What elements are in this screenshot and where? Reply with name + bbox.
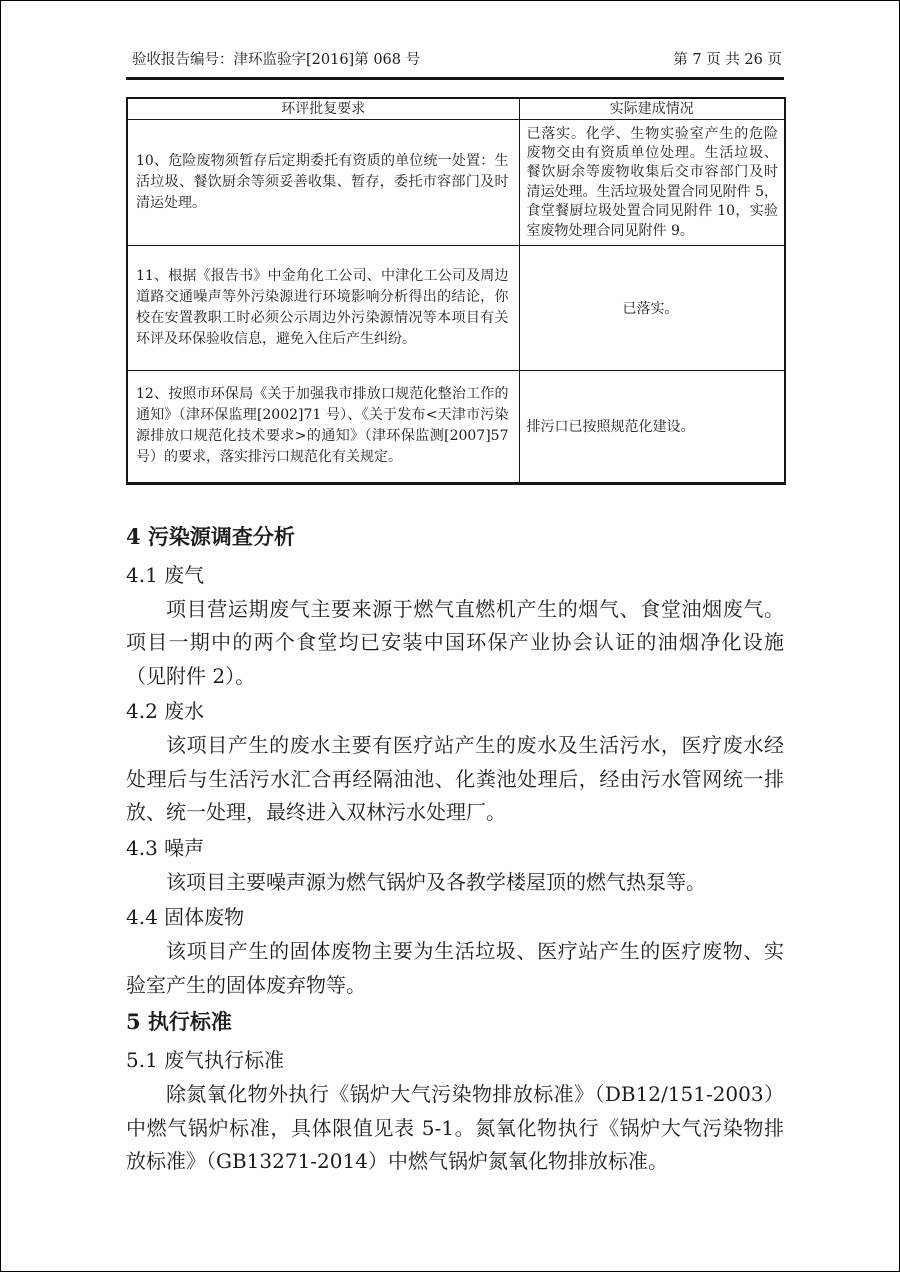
document-body: 4 污染源调查分析 4.1 废气 项目营运期废气主要来源于燃气直燃机产生的烟气、… — [126, 517, 784, 1179]
page-body: 验收报告编号：津环监验字[2016]第 068 号 第 7 页 共 26 页 环… — [126, 51, 784, 1179]
column-header-status: 实际建成情况 — [519, 98, 785, 119]
table-row: 10、危险废物须暂存后定期委托有资质的单位统一处置：生活垃圾、餐饮厨余等须妥善收… — [127, 119, 785, 245]
subsection-heading-4-1: 4.1 废气 — [126, 557, 784, 593]
approval-requirements-table: 环评批复要求 实际建成情况 10、危险废物须暂存后定期委托有资质的单位统一处置：… — [126, 97, 786, 485]
table-row: 12、按照市环保局《关于加强我市排放口规范化整治工作的通知》（津环保监理[200… — [127, 370, 785, 483]
requirement-item-12: 12、按照市环保局《关于加强我市排放口规范化整治工作的通知》（津环保监理[200… — [127, 370, 519, 483]
subsection-heading-4-3: 4.3 噪声 — [126, 830, 784, 866]
running-header: 验收报告编号：津环监验字[2016]第 068 号 第 7 页 共 26 页 — [126, 51, 784, 80]
table-header-row: 环评批复要求 实际建成情况 — [127, 98, 785, 119]
page-indicator: 第 7 页 共 26 页 — [673, 51, 782, 69]
section-heading-5: 5 执行标准 — [126, 1002, 784, 1042]
column-header-requirement: 环评批复要求 — [127, 98, 519, 119]
paragraph-waste-gas: 项目营运期废气主要来源于燃气直燃机产生的烟气、食堂油烟废气。项目一期中的两个食堂… — [126, 593, 784, 694]
requirement-item-11: 11、根据《报告书》中金角化工公司、中津化工公司及周边道路交通噪声等外污染源进行… — [127, 245, 519, 370]
requirement-item-10: 10、危险废物须暂存后定期委托有资质的单位统一处置：生活垃圾、餐饮厨余等须妥善收… — [127, 119, 519, 245]
status-item-12: 排污口已按照规范化建设。 — [519, 370, 785, 483]
subsection-heading-5-1: 5.1 废气执行标准 — [126, 1042, 784, 1078]
paragraph-noise: 该项目主要噪声源为燃气锅炉及各教学楼屋顶的燃气热泵等。 — [126, 866, 784, 900]
scanned-page: 验收报告编号：津环监验字[2016]第 068 号 第 7 页 共 26 页 环… — [0, 0, 900, 1272]
paragraph-solid-waste: 该项目产生的固体废物主要为生活垃圾、医疗站产生的医疗废物、实验室产生的固体废弃物… — [126, 935, 784, 1002]
report-number: 验收报告编号：津环监验字[2016]第 068 号 — [132, 51, 420, 69]
status-item-11: 已落实。 — [519, 245, 785, 370]
table-row: 11、根据《报告书》中金角化工公司、中津化工公司及周边道路交通噪声等外污染源进行… — [127, 245, 785, 370]
status-item-10: 已落实。化学、生物实验室产生的危险废物交由有资质单位处理。生活垃圾、餐饮厨余等废… — [519, 119, 785, 245]
paragraph-gas-standard: 除氮氧化物外执行《锅炉大气污染物排放标准》（DB12/151-2003）中燃气锅… — [126, 1078, 784, 1179]
subsection-heading-4-4: 4.4 固体废物 — [126, 899, 784, 935]
paragraph-waste-water: 该项目产生的废水主要有医疗站产生的废水及生活污水，医疗废水经处理后与生活污水汇合… — [126, 729, 784, 830]
subsection-heading-4-2: 4.2 废水 — [126, 693, 784, 729]
section-heading-4: 4 污染源调查分析 — [126, 517, 784, 557]
